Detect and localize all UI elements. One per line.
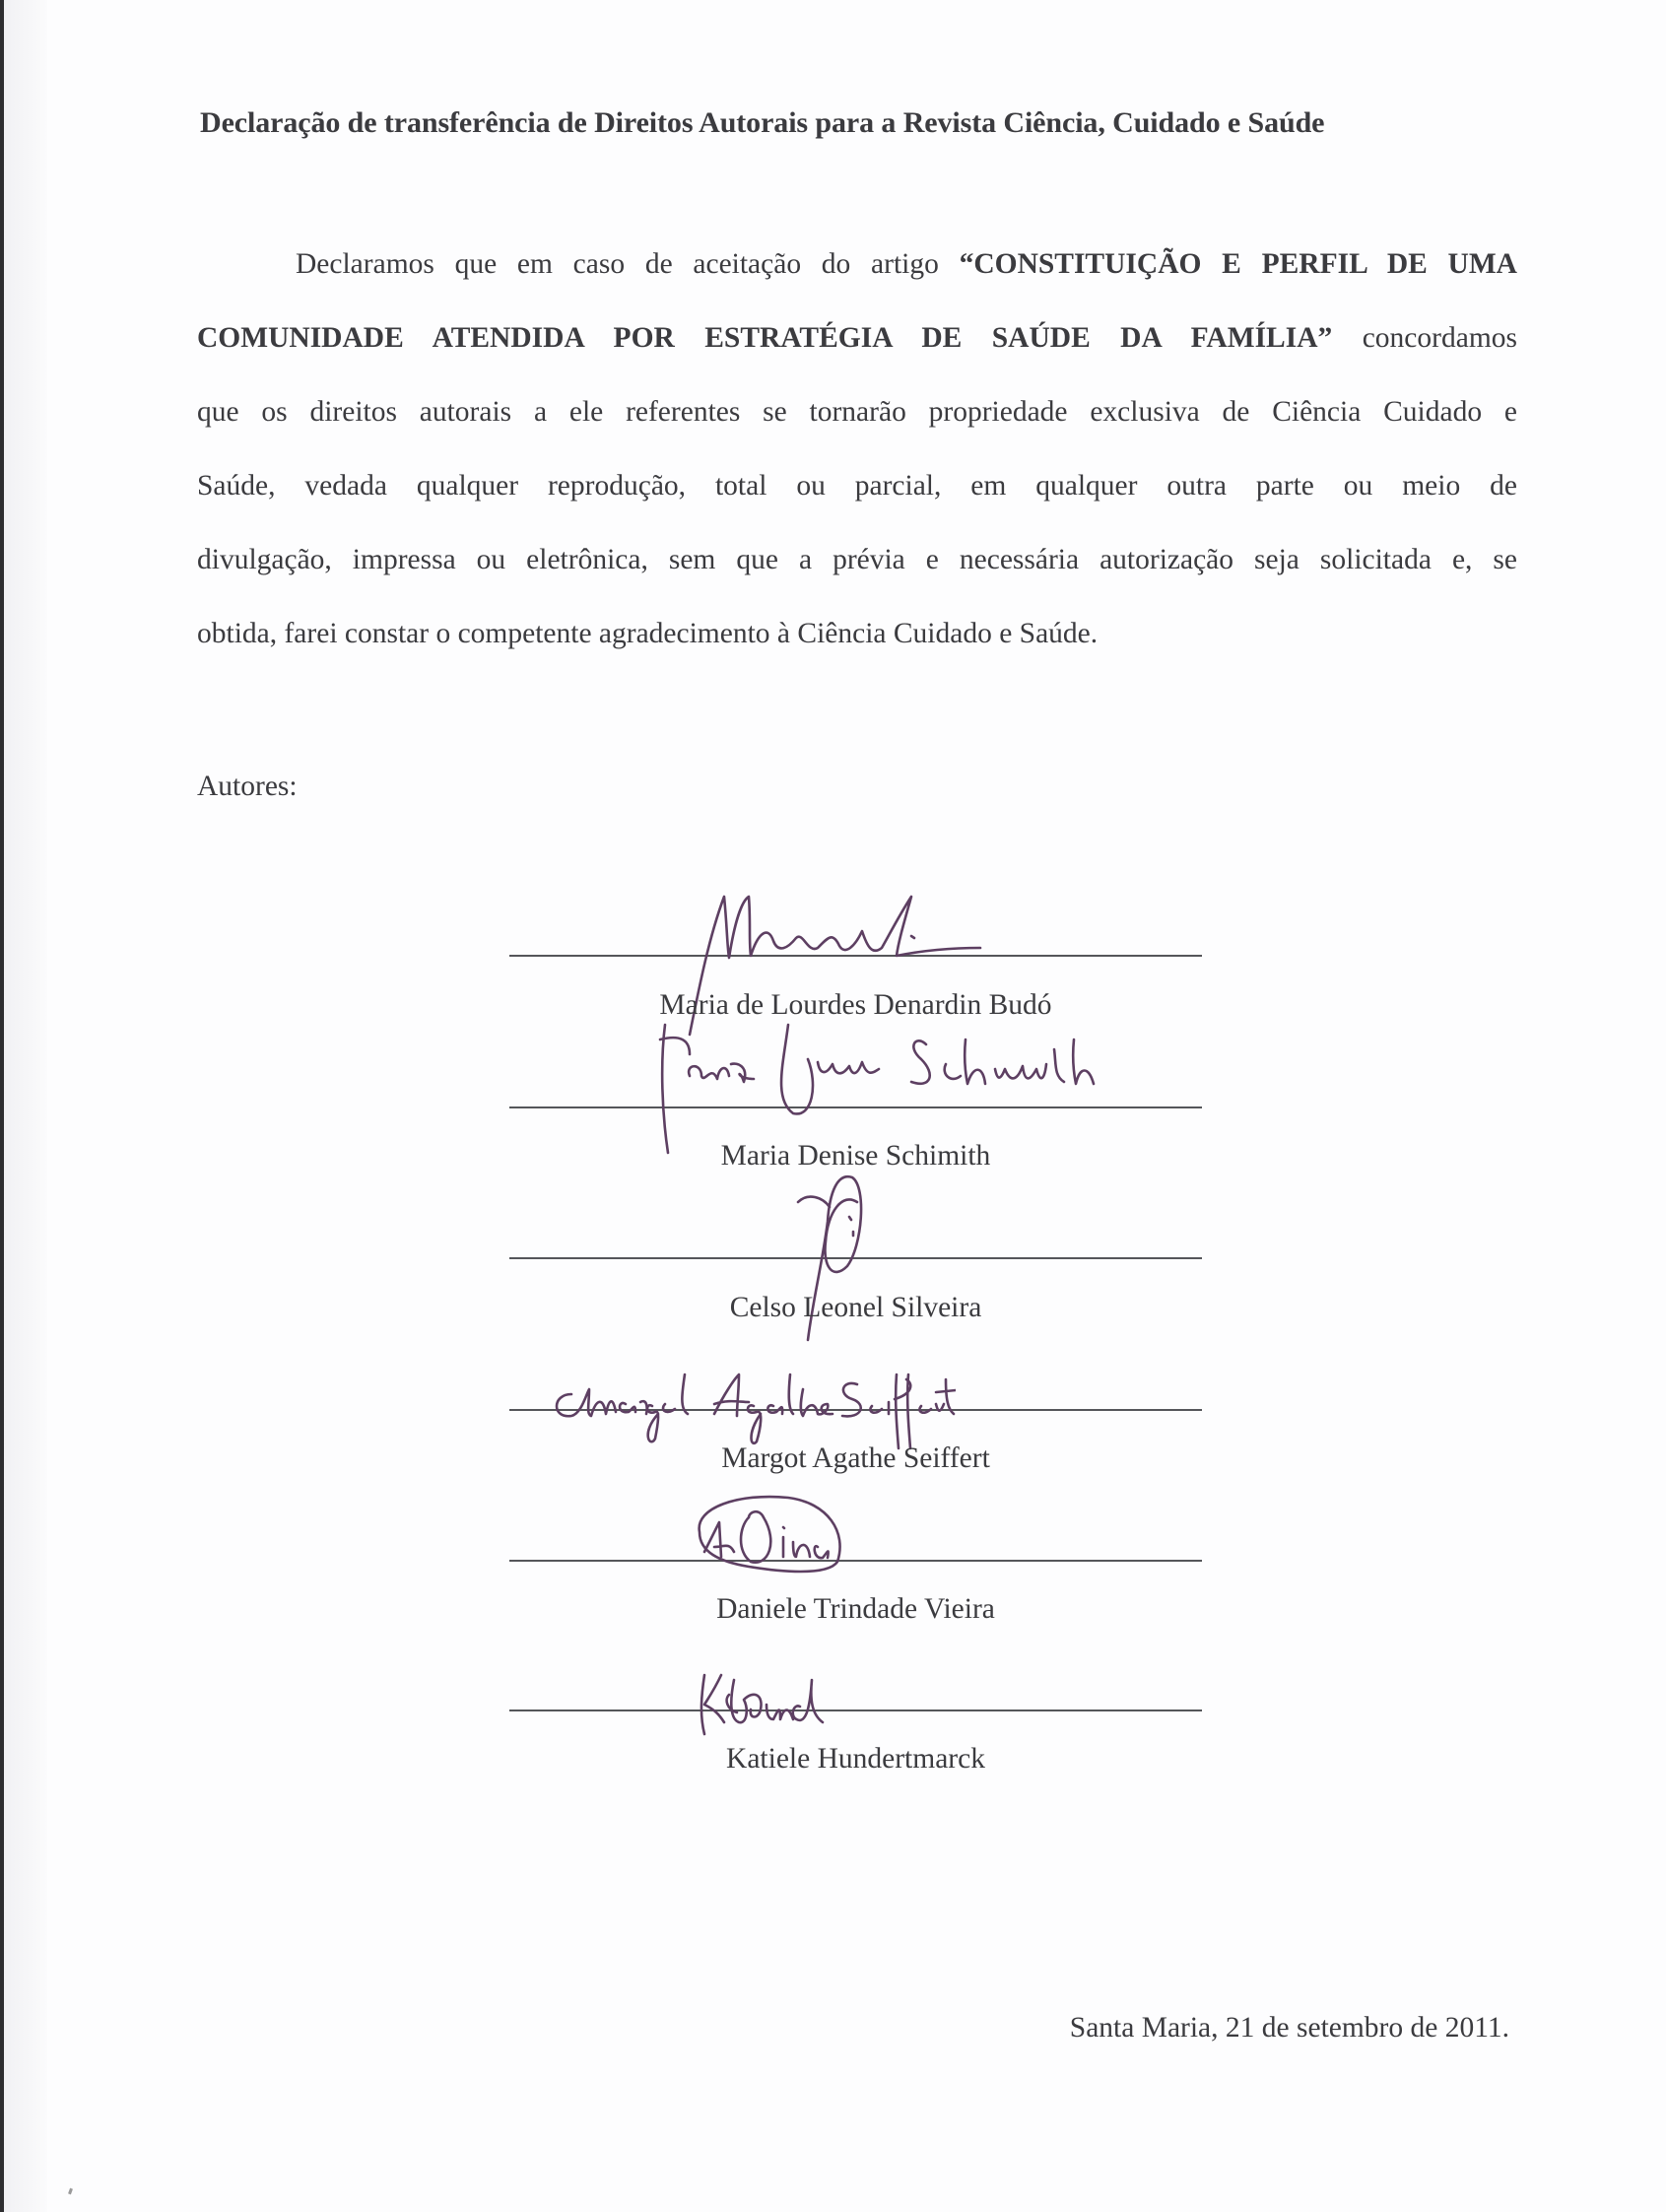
signature-1 <box>631 877 1025 1054</box>
body-line-1: Declaramos que em caso de aceitação do a… <box>296 246 1517 282</box>
body-text: obtida, farei constar o competente agrad… <box>197 618 1098 649</box>
body-text: Declaramos que em caso de aceitação do a… <box>296 248 960 280</box>
scan-shadow-band <box>4 0 47 2212</box>
signature-line <box>509 1709 1202 1711</box>
author-name: Katiele Hundertmarck <box>509 1741 1202 1776</box>
body-text: Saúde, vedada qualquer reprodução, total… <box>197 470 1517 502</box>
author-name: Maria de Lourdes Denardin Budó <box>509 987 1202 1023</box>
body-line-3: que os direitos autorais a ele referente… <box>197 394 1517 430</box>
author-name: Daniele Trindade Vieira <box>509 1591 1202 1627</box>
author-name: Maria Denise Schimith <box>509 1138 1202 1173</box>
article-title-part-2: COMUNIDADE ATENDIDA POR ESTRATÉGIA DE SA… <box>197 322 1332 354</box>
signature-6 <box>690 1665 847 1744</box>
signature-line <box>509 1257 1202 1259</box>
body-line-6: obtida, farei constar o competente agrad… <box>197 616 1517 651</box>
signature-line <box>509 955 1202 957</box>
body-text: concordamos <box>1332 322 1517 354</box>
author-name: Margot Agathe Seiffert <box>509 1441 1202 1476</box>
signature-line <box>509 1409 1202 1411</box>
body-line-2: COMUNIDADE ATENDIDA POR ESTRATÉGIA DE SA… <box>197 320 1517 356</box>
place-and-date: Santa Maria, 21 de setembro de 2011. <box>1070 2012 1509 2044</box>
authors-label: Autores: <box>197 771 298 803</box>
scan-speck <box>68 2188 73 2195</box>
body-text: divulgação, impressa ou eletrônica, sem … <box>197 544 1517 575</box>
article-title-part-1: “CONSTITUIÇÃO E PERFIL DE UMA <box>960 248 1517 280</box>
body-line-5: divulgação, impressa ou eletrônica, sem … <box>197 542 1517 577</box>
signature-line <box>509 1560 1202 1562</box>
body-line-4: Saúde, vedada qualquer reprodução, total… <box>197 468 1517 503</box>
body-text: que os direitos autorais a ele referente… <box>197 396 1517 428</box>
signature-5 <box>680 1493 857 1581</box>
signature-4 <box>542 1355 956 1453</box>
author-name: Celso Leonel Silveira <box>509 1290 1202 1325</box>
document-title: Declaração de transferência de Direitos … <box>200 106 1324 140</box>
signature-line <box>509 1106 1202 1108</box>
